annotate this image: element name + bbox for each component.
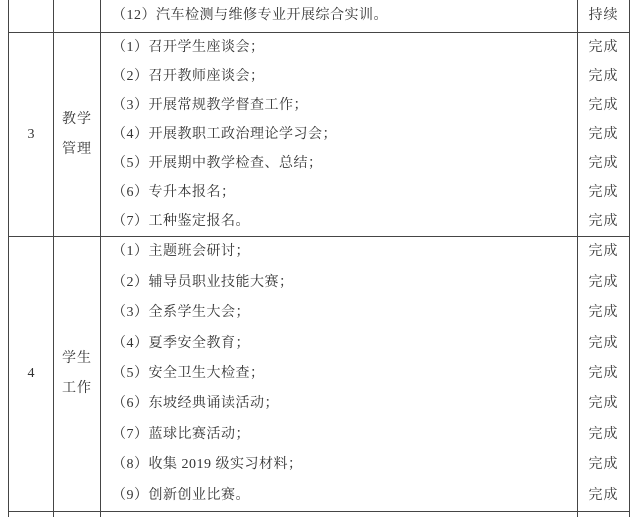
task-item: （2）召开教师座谈会； bbox=[101, 62, 577, 91]
status-label: 完成 bbox=[578, 328, 629, 358]
status-label: 完成 bbox=[578, 267, 629, 297]
status-label: 完成 bbox=[578, 450, 629, 480]
table-row-section-4: 4 学生工作 （1）主题班会研讨； （2）辅导员职业技能大赛； （3）全系学生大… bbox=[9, 237, 630, 512]
status-label: 完成 bbox=[578, 359, 629, 389]
task-item: （5）开展期中教学检查、总结； bbox=[101, 149, 577, 178]
task-item: （12）汽车检测与维修专业开展综合实训。 bbox=[101, 0, 577, 32]
task-item: （9）创新创业比赛。 bbox=[101, 481, 577, 511]
status-label: 完成 bbox=[578, 178, 629, 207]
status-label: 完成 bbox=[578, 33, 629, 62]
task-items-cell bbox=[101, 512, 578, 518]
task-item: （1）主题班会研讨； bbox=[101, 237, 577, 267]
category-cell: 学生工作 bbox=[54, 237, 101, 512]
task-item: （3）开展常规教学督查工作； bbox=[101, 91, 577, 120]
row-number-cell: 3 bbox=[9, 33, 54, 237]
status-cell bbox=[578, 512, 630, 518]
status-label: 完成 bbox=[578, 149, 629, 178]
task-items-cell: （1）召开学生座谈会； （2）召开教师座谈会； （3）开展常规教学督查工作； （… bbox=[101, 33, 578, 237]
work-report-table: （12）汽车检测与维修专业开展综合实训。 持续 3 教学管理 （1）召开学生 bbox=[8, 0, 630, 517]
status-label: 持续 bbox=[578, 0, 629, 32]
task-item: （3）全系学生大会； bbox=[101, 298, 577, 328]
table-row-section-3: 3 教学管理 （1）召开学生座谈会； （2）召开教师座谈会； （3）开展常规教学… bbox=[9, 33, 630, 237]
status-cell: 持续 bbox=[578, 0, 630, 33]
task-item: （7）蓝球比赛活动； bbox=[101, 420, 577, 450]
status-cell: 完成 完成 完成 完成 完成 完成 完成 bbox=[578, 33, 630, 237]
status-label: 完成 bbox=[578, 62, 629, 91]
row-number-cell bbox=[9, 0, 54, 33]
table-row-partial-bottom bbox=[9, 512, 630, 518]
status-label: 完成 bbox=[578, 481, 629, 511]
category-label: 学生工作 bbox=[62, 344, 93, 404]
category-cell: 教学管理 bbox=[54, 33, 101, 237]
task-item: （6）专升本报名； bbox=[101, 178, 577, 207]
task-item: （7）工种鉴定报名。 bbox=[101, 207, 577, 236]
task-items-cell: （1）主题班会研讨； （2）辅导员职业技能大赛； （3）全系学生大会； （4）夏… bbox=[101, 237, 578, 512]
status-label: 完成 bbox=[578, 298, 629, 328]
task-item: （1）召开学生座谈会； bbox=[101, 33, 577, 62]
status-label: 完成 bbox=[578, 91, 629, 120]
task-item: （6）东坡经典诵读活动； bbox=[101, 389, 577, 419]
category-label: 教学管理 bbox=[62, 105, 93, 165]
document-page: （12）汽车检测与维修专业开展综合实训。 持续 3 教学管理 （1）召开学生 bbox=[0, 0, 633, 520]
status-label: 完成 bbox=[578, 207, 629, 236]
status-label: 完成 bbox=[578, 420, 629, 450]
status-label: 完成 bbox=[578, 120, 629, 149]
task-items-cell: （12）汽车检测与维修专业开展综合实训。 bbox=[101, 0, 578, 33]
table-row-partial-top: （12）汽车检测与维修专业开展综合实训。 持续 bbox=[9, 0, 630, 33]
task-item: （8）收集 2019 级实习材料； bbox=[101, 450, 577, 480]
category-cell bbox=[54, 0, 101, 33]
row-number-cell: 4 bbox=[9, 237, 54, 512]
task-item: （4）夏季安全教育； bbox=[101, 328, 577, 358]
status-label: 完成 bbox=[578, 237, 629, 267]
row-number-cell bbox=[9, 512, 54, 518]
task-item: （2）辅导员职业技能大赛； bbox=[101, 267, 577, 297]
task-item: （4）开展教职工政治理论学习会； bbox=[101, 120, 577, 149]
status-label: 完成 bbox=[578, 389, 629, 419]
status-cell: 完成 完成 完成 完成 完成 完成 完成 完成 完成 bbox=[578, 237, 630, 512]
task-item: （5）安全卫生大检查； bbox=[101, 359, 577, 389]
category-cell bbox=[54, 512, 101, 518]
